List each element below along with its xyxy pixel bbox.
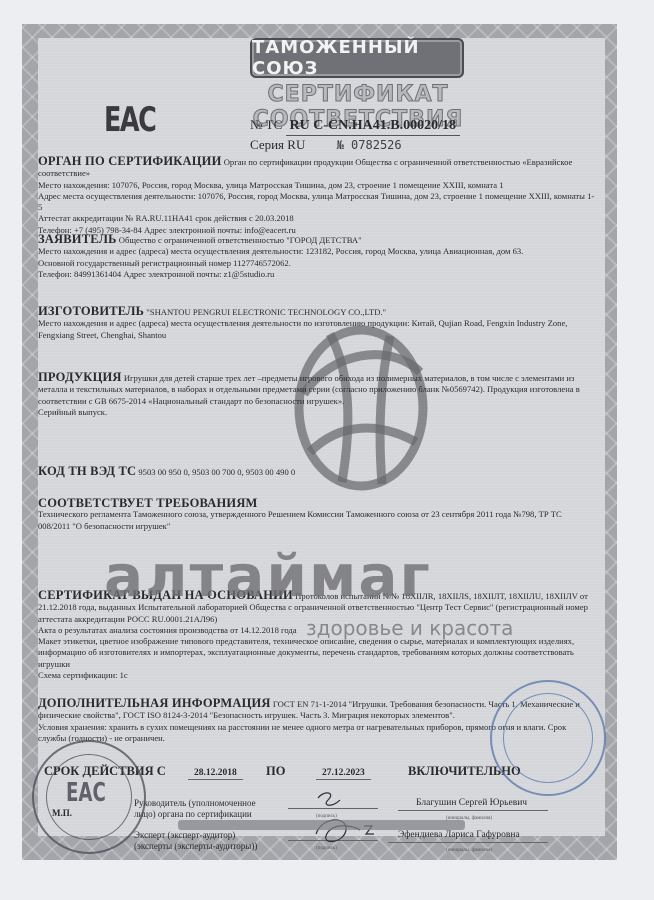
heading-applicant: ЗАЯВИТЕЛЬ <box>38 232 117 246</box>
manufacturer-name: "SHANTOU PENGRUI ELECTRONIC TECHNOLOGY C… <box>146 307 386 317</box>
expert-name-caption: (инициалы, фамилия) <box>446 845 492 856</box>
basis-docs: Макет этикетки, цветное изображение типо… <box>38 636 595 670</box>
head-name: Благушин Сергей Юрьевич <box>416 798 527 809</box>
section-tn-ved: КОД ТН ВЭД ТС 9503 00 950 0, 9503 00 700… <box>38 466 595 478</box>
heading-manufacturer: ИЗГОТОВИТЕЛЬ <box>38 304 144 318</box>
expert-name: Эфендиева Лариса Гафуровна <box>398 830 520 841</box>
product-serial: Серийный выпуск. <box>38 407 595 418</box>
cb-activity-address: Адрес места осуществления деятельности: … <box>38 191 595 214</box>
heading-tn-ved: КОД ТН ВЭД ТС <box>38 464 136 478</box>
head-role: Руководитель (уполномоченное лицо) орган… <box>134 798 256 820</box>
heading-certification-body: ОРГАН ПО СЕРТИФИКАЦИИ <box>38 154 222 168</box>
section-requirements: СООТВЕТСТВУЕТ ТРЕБОВАНИЯМ Технического р… <box>38 498 595 532</box>
seal-eac-mark: EAC <box>66 778 106 808</box>
heading-product: ПРОДУКЦИЯ <box>38 370 122 384</box>
stamp-inner-ring <box>503 693 593 783</box>
footer-print-info <box>178 820 465 830</box>
validity-to-label: ПО <box>266 766 285 777</box>
applicant-address: Место нахождения и адрес (адреса) места … <box>38 246 595 257</box>
section-applicant: ЗАЯВИТЕЛЬ Общество с ограниченной ответс… <box>38 234 595 280</box>
basis-scheme: Схема сертификации: 1с <box>38 670 595 681</box>
heading-requirements: СООТВЕТСТВУЕТ ТРЕБОВАНИЯМ <box>38 498 595 509</box>
cb-location: Место нахождения: 107076, Россия, город … <box>38 180 595 191</box>
cb-accreditation: Аттестат аккредитации № RA.RU.11HA41 сро… <box>38 213 595 224</box>
section-certification-body: ОРГАН ПО СЕРТИФИКАЦИИ Орган по сертифика… <box>38 156 595 236</box>
applicant-ogrn: Основной государственный регистрационный… <box>38 258 595 269</box>
heading-basis: СЕРТИФИКАТ ВЫДАН НА ОСНОВАНИИ <box>38 588 293 602</box>
validity-from-date: 28.12.2018 <box>188 768 243 780</box>
certification-seal-stamp: EAC <box>32 740 146 854</box>
section-product: ПРОДУКЦИЯ Игрушки для детей старше трех … <box>38 372 595 418</box>
applicant-name: Общество с ограниченной ответственностью… <box>119 235 362 245</box>
validity-to-date: 27.12.2023 <box>316 768 371 780</box>
applicant-contacts: Телефон: 84991361404 Адрес электронной п… <box>38 269 595 280</box>
heading-additional: ДОПОЛНИТЕЛЬНАЯ ИНФОРМАЦИЯ <box>38 696 271 710</box>
certificate-sheet: ТАМОЖЕННЫЙ СОЮЗ СЕРТИФИКАТ СООТВЕТСТВИЯ … <box>22 24 617 860</box>
expert-name-line <box>388 842 548 843</box>
applicant-seal-stamp <box>490 680 606 796</box>
basis-act: Акта о результатах анализа состояния про… <box>38 625 595 636</box>
manufacturer-address: Место нахождения и адрес (адреса) места … <box>38 318 595 341</box>
head-name-line <box>398 810 548 811</box>
certificate-body: ТАМОЖЕННЫЙ СОЮЗ СЕРТИФИКАТ СООТВЕТСТВИЯ … <box>38 38 605 836</box>
section-basis: СЕРТИФИКАТ ВЫДАН НА ОСНОВАНИИ Протоколов… <box>38 590 595 681</box>
expert-role: Эксперт (эксперт-аудитор) (эксперты (экс… <box>134 830 257 852</box>
tn-ved-codes: 9503 00 950 0, 9503 00 700 0, 9503 00 49… <box>138 467 295 477</box>
section-manufacturer: ИЗГОТОВИТЕЛЬ "SHANTOU PENGRUI ELECTRONIC… <box>38 306 595 341</box>
requirements-text: Технического регламента Таможенного союз… <box>38 509 595 532</box>
